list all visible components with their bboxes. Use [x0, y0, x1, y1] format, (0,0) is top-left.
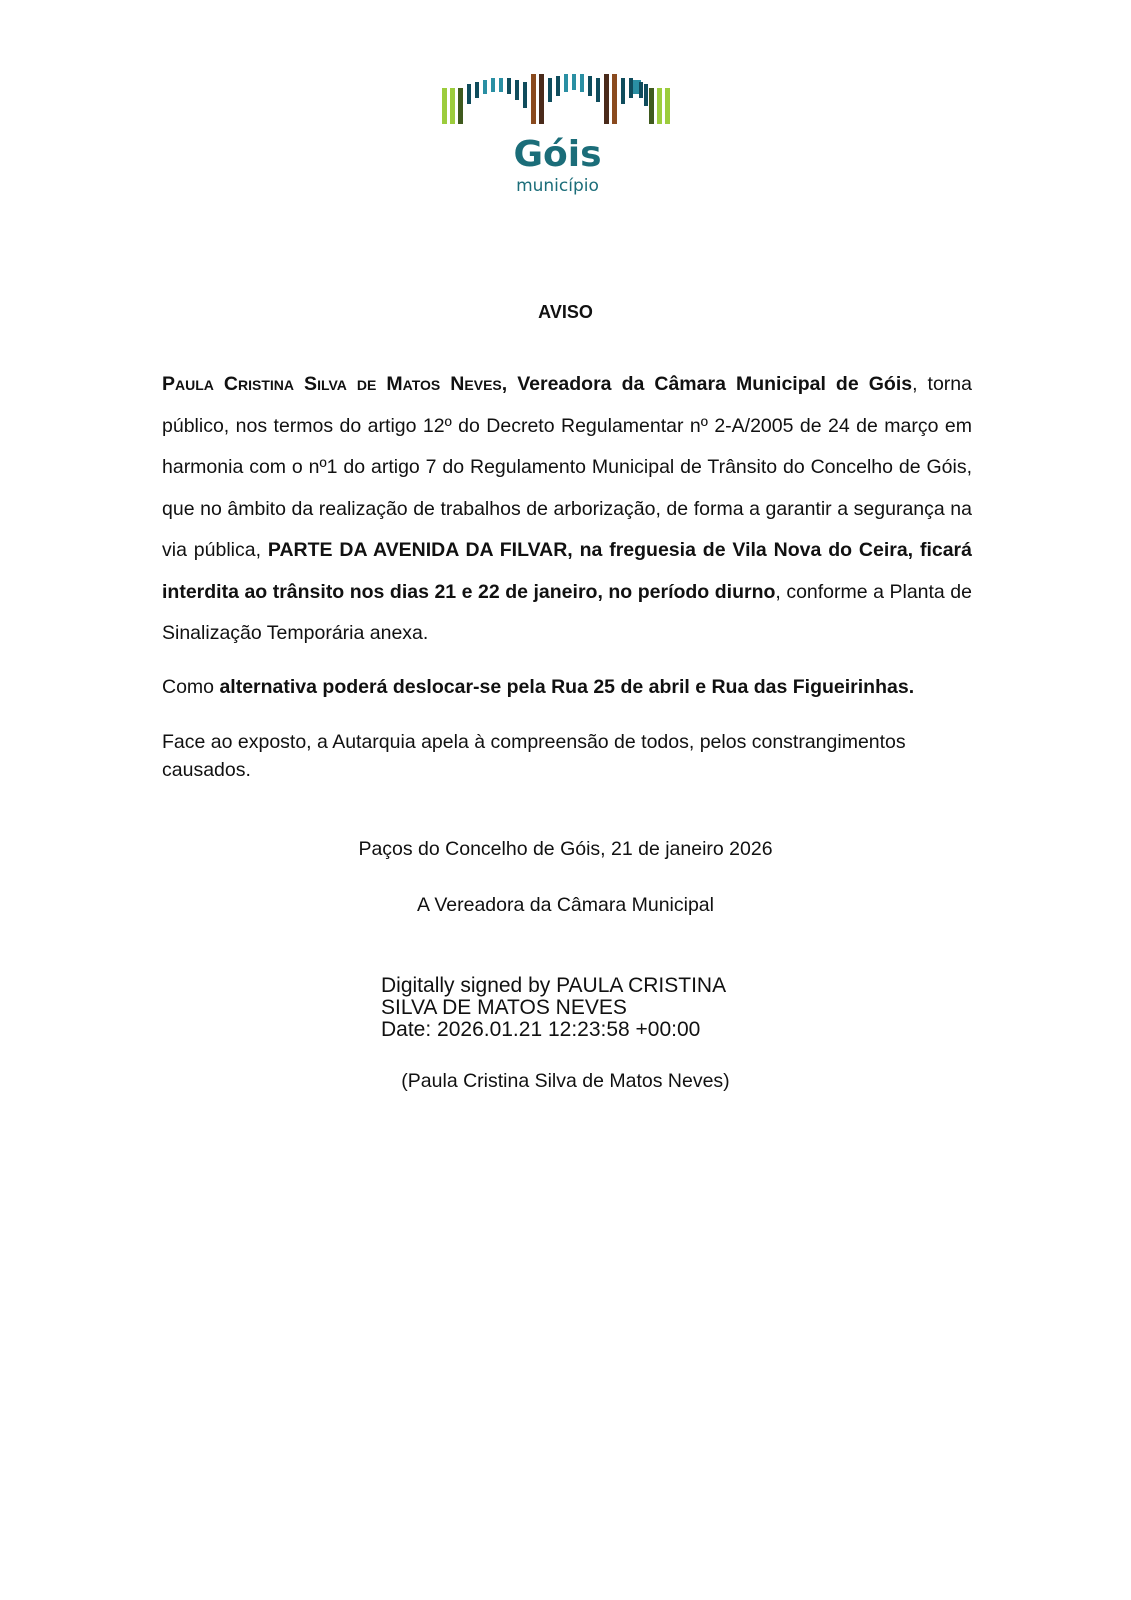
- place-date: Paços do Concelho de Góis, 21 de janeiro…: [0, 838, 1131, 861]
- councillor-role: Vereadora da Câmara Municipal de Góis: [517, 373, 912, 395]
- notice-title: AVISO: [0, 302, 1131, 323]
- notice-paragraph-alternative: Como alternativa poderá deslocar-se pela…: [162, 674, 972, 700]
- signer-name: (Paula Cristina Silva de Matos Neves): [0, 1070, 1131, 1093]
- bridge-arches-logo-icon: [440, 72, 675, 132]
- notice-paragraph-main: Paula Cristina Silva de Matos Neves, Ver…: [162, 364, 972, 655]
- councillor-name: Paula Cristina Silva de Matos Neves: [162, 373, 502, 395]
- logo-subtitle: município: [440, 176, 675, 196]
- municipality-logo: Góis município: [440, 72, 675, 202]
- logo-name: Góis: [440, 134, 675, 175]
- notice-paragraph-apology: Face ao exposto, a Autarquia apela à com…: [162, 728, 972, 784]
- digital-signature: Digitally signed by PAULA CRISTINA SILVA…: [381, 975, 726, 1041]
- alternative-route: alternativa poderá deslocar-se pela Rua …: [219, 676, 914, 698]
- signer-role: A Vereadora da Câmara Municipal: [0, 894, 1131, 917]
